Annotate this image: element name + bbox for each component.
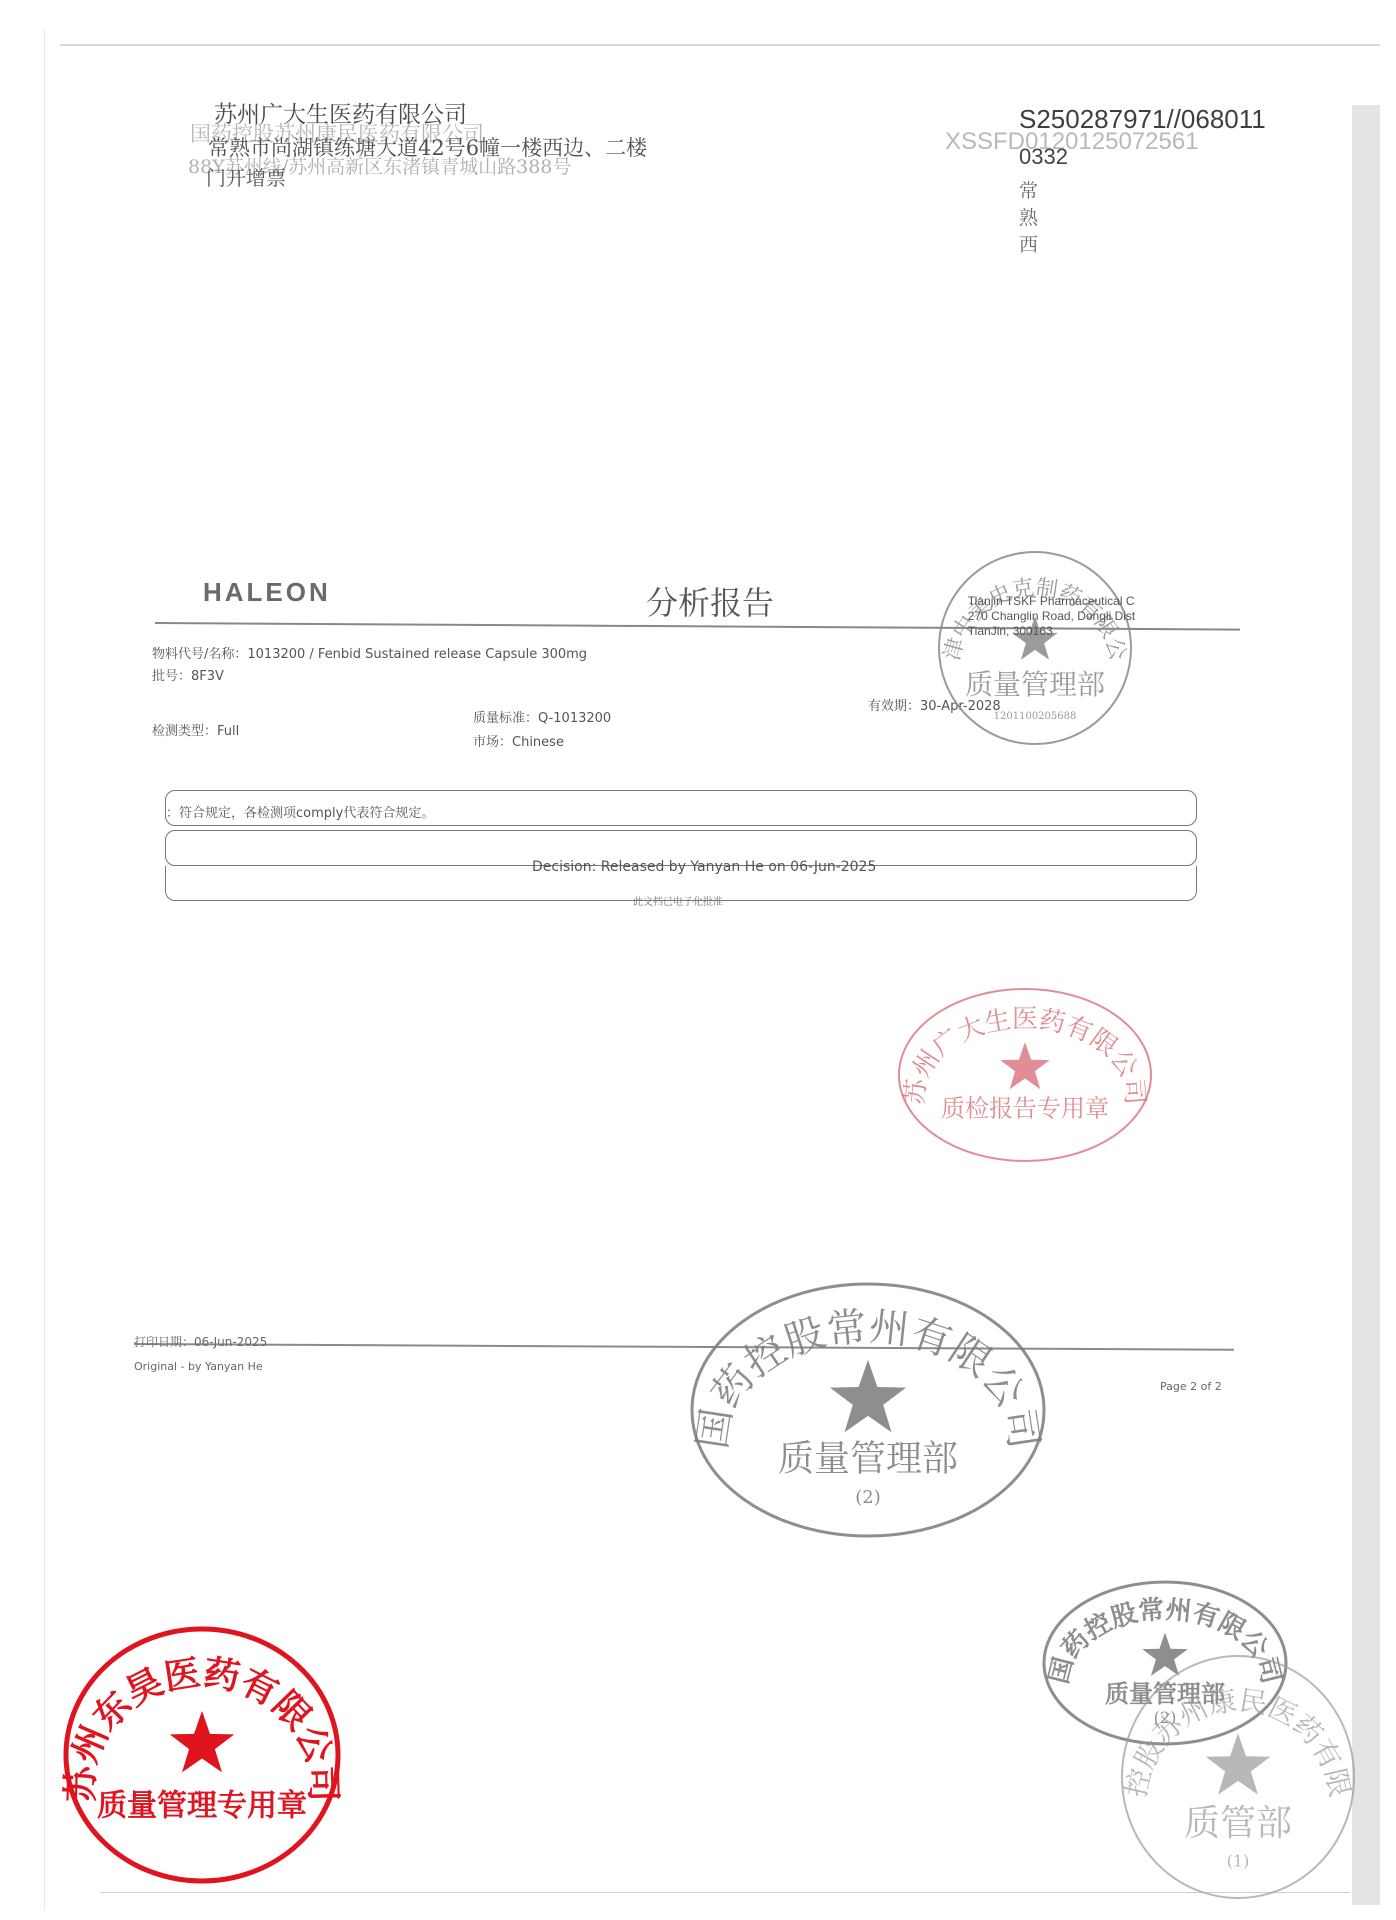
- sinopharm-changzhou-stamp-large: 国药控股常州有限公司质量管理部(2): [688, 1280, 1048, 1540]
- footer-divider: [134, 1343, 1234, 1351]
- invoice-code: S250287971//068011: [1019, 104, 1266, 135]
- page-edge-left: [44, 30, 45, 1910]
- svg-text:质检报告专用章: 质检报告专用章: [941, 1094, 1109, 1122]
- donghao-quality-stamp: 苏州东昊医药有限公司质量管理专用章: [62, 1625, 342, 1885]
- esign-note: 此文档已电子化批准: [633, 893, 723, 908]
- batch-field: 批号：8F3V: [152, 665, 224, 684]
- invoice-code: 0332: [1019, 144, 1068, 170]
- svg-text:质量管理部: 质量管理部: [778, 1438, 958, 1479]
- guangdasheng-qc-stamp: 苏州广大生医药有限公司质检报告专用章: [895, 985, 1155, 1165]
- page-number: Page 2 of 2: [1160, 1380, 1222, 1393]
- svg-text:(1): (1): [1227, 1852, 1250, 1871]
- market-field: 市场：Chinese: [473, 731, 564, 750]
- original-by: Original - by Yanyan He: [134, 1360, 263, 1373]
- location-label: 常熟西: [1019, 176, 1038, 257]
- decision-text: Decision: Released by Yanyan He on 06-Ju…: [532, 859, 876, 875]
- header-line: 常熟市尚湖镇练塘大道42号6幢一楼西边、二楼: [208, 132, 647, 162]
- report-title: 分析报告: [646, 578, 774, 624]
- svg-text:TianJin, 300163: TianJin, 300163: [968, 624, 1053, 638]
- header-line: 门开增票: [206, 162, 286, 191]
- haleon-logo: HALEON: [203, 577, 331, 608]
- quality-standard-field: 质量标准：Q-1013200: [473, 707, 611, 726]
- print-date: 打印日期：06-Jun-2025: [134, 1333, 267, 1350]
- page-edge: [60, 44, 1380, 46]
- svg-text:(2): (2): [855, 1487, 881, 1508]
- material-field: 物料代号/名称：1013200 / Fenbid Sustained relea…: [152, 643, 587, 662]
- svg-text:质管部: 质管部: [1184, 1803, 1292, 1844]
- header-line: 苏州广大生医药有限公司: [214, 96, 467, 129]
- scan-shadow-strip: [1352, 105, 1380, 1905]
- svg-text:270 Changlin Road, Dongli Dist: 270 Changlin Road, Dongli District: [968, 609, 1135, 623]
- svg-text:1201100205688: 1201100205688: [994, 711, 1077, 722]
- sinopharm-kangmin-stamp: 国药控股苏州康民医药有限公司质管部(1): [1118, 1652, 1358, 1902]
- svg-text:质量管理部: 质量管理部: [965, 668, 1105, 701]
- conclusion-text: ：符合规定，各检测项comply代表符合规定。: [166, 802, 434, 821]
- test-type-field: 检测类型：Full: [152, 720, 239, 739]
- svg-text:Tianjin TSKF Pharmaceutical Co: Tianjin TSKF Pharmaceutical Co., Ltd.: [968, 594, 1135, 608]
- tskf-quality-stamp: 天津中美史克制药有限公司质量管理部1201100205688Tianjin TS…: [935, 548, 1135, 748]
- svg-text:质量管理专用章: 质量管理专用章: [97, 1788, 307, 1823]
